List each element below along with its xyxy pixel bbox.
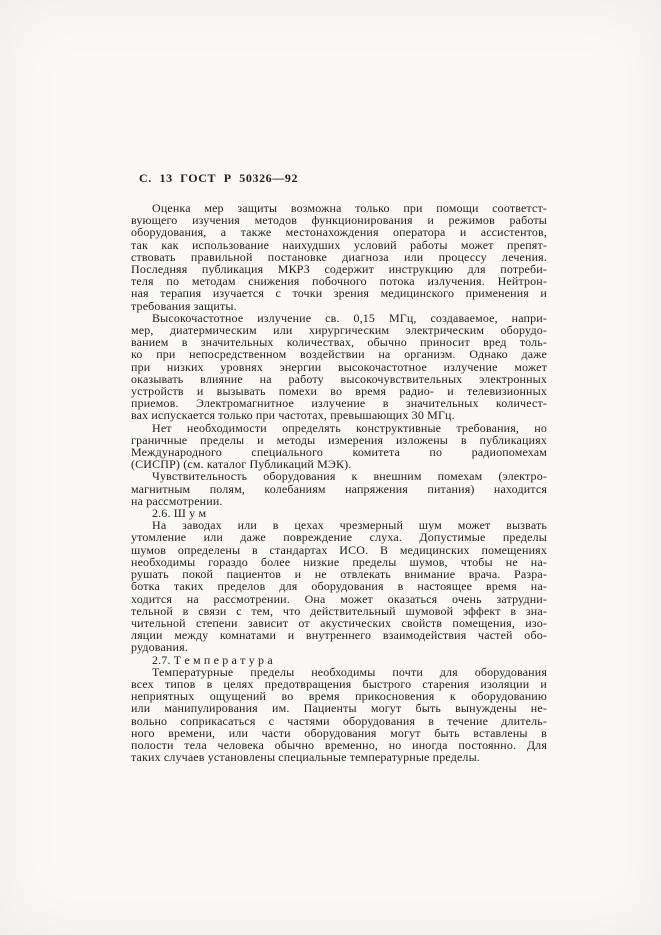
scanned-document-page: С. 13 ГОСТ Р 50326—92 Оценка мер защиты …: [0, 0, 661, 935]
text-line: оборудования, а также местонахождения оп…: [131, 226, 547, 238]
text-line: рудования.: [131, 641, 547, 653]
text-line: Чувствительность оборудования к внешним …: [131, 470, 547, 482]
text-line: утомление или даже повреждение слуха. До…: [131, 531, 547, 543]
page-header: С. 13 ГОСТ Р 50326—92: [139, 171, 298, 186]
section-heading: 2.7. Т е м п е р а т у р а: [131, 654, 547, 666]
text-line: ко при непосредственном воздействии на о…: [131, 348, 547, 360]
text-line: при низких уровнях энергии высокочастотн…: [131, 361, 547, 373]
text-line: требования защиты.: [131, 300, 547, 312]
text-line: или манипулирования им. Пациенты могут б…: [131, 702, 547, 714]
text-line: таких случаев установлены специальные те…: [131, 751, 547, 763]
text-line: вольно соприкасаться с частями оборудова…: [131, 715, 547, 727]
text-line: ходится на рассмотрении. Она может оказа…: [131, 593, 547, 605]
text-line: ляции между комнатами и внутреннего взаи…: [131, 629, 547, 641]
text-line: ботка таких пределов для оборудования в …: [131, 580, 547, 592]
text-line: так как использование наихудших условий …: [131, 239, 547, 251]
text-line: вах испускается только при частотах, пре…: [131, 409, 547, 421]
document-body: Оценка мер защиты возможна только при по…: [131, 202, 547, 763]
text-line: ная терапия изучается с точки зрения мед…: [131, 287, 547, 299]
